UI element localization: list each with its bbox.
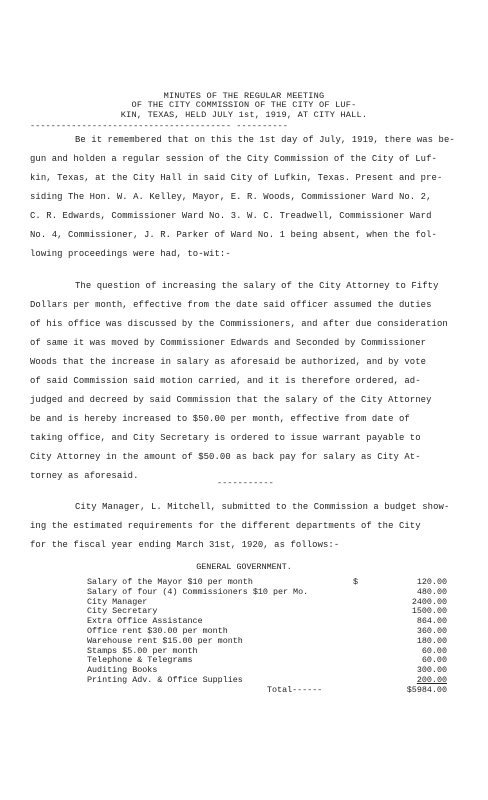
paragraph-budget-intro: City Manager, L. Mitchell, submitted to …: [30, 498, 480, 555]
paragraph-line: siding The Hon. W. A. Kelley, Mayor, E. …: [30, 188, 480, 207]
paragraph-line: C. R. Edwards, Commissioner Ward No. 3. …: [30, 207, 480, 226]
budget-total-label: Total------: [267, 686, 322, 696]
budget-table: Salary of the Mayor $10 per month $ 120.…: [87, 578, 447, 696]
paragraph-line: kin, Texas, at the City Hall in said Cit…: [30, 169, 480, 188]
budget-item-label: Auditing Books: [87, 665, 157, 675]
budget-item-label: City Manager: [87, 597, 147, 607]
paragraph-line: be and is hereby increased to $50.00 per…: [30, 410, 480, 429]
budget-item-label: Salary of the Mayor $10 per month: [87, 577, 253, 587]
paragraph-line: judged and decreed by said Commission th…: [30, 391, 480, 410]
minutes-title-line2: OF THE CITY COMMISSION OF THE CITY OF LU…: [0, 101, 488, 110]
minutes-title-line3: KIN, TEXAS, HELD JULY 1st, 1919, AT CITY…: [0, 111, 488, 120]
budget-total-amount: $5984.00: [407, 686, 447, 696]
paragraph-line: Dollars per month, effective from the da…: [30, 296, 480, 315]
budget-item-label: Stamps $5.00 per month: [87, 646, 198, 656]
paragraph-line: City Attorney in the amount of $50.00 as…: [30, 448, 480, 467]
budget-item-label: City Secretary: [87, 606, 157, 616]
budget-item-label: Warehouse rent $15.00 per month: [87, 636, 243, 646]
budget-item-label: Printing Adv. & Office Supplies: [87, 675, 243, 685]
header-rule: --------------------------------------- …: [30, 121, 288, 131]
paragraph-line: ing the estimated requirements for the d…: [30, 517, 480, 536]
section-separator: -----------: [217, 478, 274, 488]
budget-item-label: Extra Office Assistance: [87, 616, 203, 626]
paragraph-line: City Manager, L. Mitchell, submitted to …: [30, 498, 480, 517]
paragraph-line: of his office was discussed by the Commi…: [30, 315, 480, 334]
paragraph-line: Woods that the increase in salary as afo…: [30, 353, 480, 372]
paragraph-opening: Be it remembered that on this the 1st da…: [30, 131, 480, 264]
budget-item-label: Salary of four (4) Commissioners $10 per…: [87, 587, 308, 597]
paragraph-line: taking office, and City Secretary is ord…: [30, 429, 480, 448]
paragraph-line: No. 4, Commissioner, J. R. Parker of War…: [30, 226, 480, 245]
paragraph-line: The question of increasing the salary of…: [30, 277, 480, 296]
budget-item-label: Office rent $30.00 per month: [87, 626, 228, 636]
paragraph-line: lowing proceedings were had, to-wit:-: [30, 245, 480, 264]
paragraph-line: of same it was moved by Commissioner Edw…: [30, 334, 480, 353]
dollar-sign: $: [353, 578, 358, 588]
budget-item-label: Telephone & Telegrams: [87, 655, 193, 665]
budget-total-row: Total------ $5984.00: [87, 686, 447, 696]
paragraph-line: for the fiscal year ending March 31st, 1…: [30, 536, 480, 555]
paragraph-line: of said Commission said motion carried, …: [30, 372, 480, 391]
paragraph-city-attorney-salary: The question of increasing the salary of…: [30, 277, 480, 486]
paragraph-line: Be it remembered that on this the 1st da…: [30, 131, 480, 150]
budget-section-title: GENERAL GOVERNMENT.: [0, 562, 488, 572]
document-page: MINUTES OF THE REGULAR MEETING OF THE CI…: [0, 0, 488, 800]
paragraph-line: gun and holden a regular session of the …: [30, 150, 480, 169]
